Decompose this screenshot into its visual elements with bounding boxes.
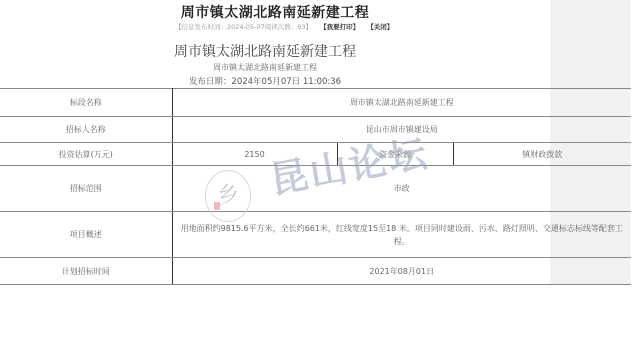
document-title: 周市镇太湖北路南延新建工程 (0, 41, 530, 61)
publish-date: 发布日期：2024年05月07日 11:00:36 (0, 75, 530, 87)
row-value: 周市镇太湖北路南延新建工程 (172, 89, 631, 117)
row-label: 招标人名称 (0, 117, 172, 143)
row-label: 资金来源 (337, 143, 453, 166)
print-button[interactable]: 【我要打印】 (320, 23, 359, 31)
table-row: 计划招标时间 2021年08月01日 (0, 258, 631, 285)
page-title: 周市镇太湖北路南延新建工程 (0, 2, 640, 22)
row-label: 投资估算(万元) (0, 143, 172, 166)
row-value: 市政 (172, 166, 631, 212)
row-label: 标段名称 (0, 89, 172, 117)
table-row: 标段名称 周市镇太湖北路南延新建工程 (0, 89, 631, 117)
document-subtitle: 周市镇太湖北路南延新建工程 (0, 62, 530, 73)
row-value: 用地面积约9815.6平方米，全长约661米，红线宽度15至18 米。项目同时建… (172, 212, 631, 258)
meta-line: 【信息发布时间：2024-05-07阅读次数：93】 【我要打印】 【关闭】 (175, 22, 393, 31)
project-info-table: 标段名称 周市镇太湖北路南延新建工程 招标人名称 昆山市周市镇建设局 投资估算(… (0, 88, 631, 285)
table-row: 招标范围 市政 (0, 166, 631, 212)
row-value: 镇财政拨款 (453, 143, 631, 166)
table-row: 项目概述 用地面积约9815.6平方米，全长约661米，红线宽度15至18 米。… (0, 212, 631, 258)
row-label: 项目概述 (0, 212, 172, 258)
table-row: 招标人名称 昆山市周市镇建设局 (0, 117, 631, 143)
close-button[interactable]: 【关闭】 (367, 23, 393, 31)
row-label: 计划招标时间 (0, 258, 172, 285)
row-value: 2150 (172, 143, 337, 166)
row-label: 招标范围 (0, 166, 172, 212)
table-row: 投资估算(万元) 2150 资金来源 镇财政拨款 (0, 143, 631, 166)
row-value: 昆山市周市镇建设局 (172, 117, 631, 143)
row-value: 2021年08月01日 (172, 258, 631, 285)
publish-meta: 【信息发布时间：2024-05-07阅读次数：93】 (175, 23, 312, 31)
